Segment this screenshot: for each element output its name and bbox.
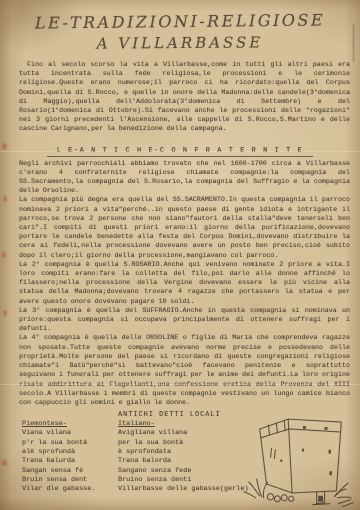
italiano-cell: Bruino senza denti xyxy=(118,476,360,485)
italiano-cell: Sangano senza fede xyxy=(118,467,360,476)
ink-stain xyxy=(3,196,7,202)
piemontese-cell: alè sprofundà xyxy=(22,448,118,457)
paragraph-sacramento: La compagnia più degna era quella del SS… xyxy=(19,196,350,260)
document-title-line2: A VILLARBASSE xyxy=(0,33,360,54)
piemontese-cell: Trana balurda xyxy=(22,457,118,466)
ink-stain xyxy=(3,310,7,316)
dialect-header-row: Piemontese- Italiano- xyxy=(22,420,360,429)
ink-stain xyxy=(2,460,7,466)
dialect-row: alè sprofundà è sprofondata xyxy=(22,448,360,457)
section-header-detti: ANTICHI DETTI LOCALI xyxy=(118,411,360,419)
dialect-row: Bruin sensa dent Bruino senza denti xyxy=(22,476,360,485)
ink-stain xyxy=(2,252,6,258)
paragraph-rosario: La 2° compagnia è quella S.ROSARIO.Anche… xyxy=(19,261,350,307)
italiano-cell: per la sua bontà xyxy=(118,439,360,448)
dialect-row: p'r la sua bontà per la sua bontà xyxy=(22,439,360,448)
paper-crease xyxy=(0,384,360,385)
column-header-italiano: Italiano- xyxy=(118,420,360,429)
paragraph-archivi: Negli archivi parrocchiali abbiamo trova… xyxy=(19,160,350,197)
paragraph-suffragio: La 3° compagnia è quella del SUFFRAGIO.A… xyxy=(19,307,350,335)
italiano-cell: Villarbasse delle gabasse(gerle) xyxy=(118,485,360,494)
piemontese-cell: Bruin sensa dent xyxy=(22,476,118,485)
column-header-piemontese: Piemontese- xyxy=(22,420,118,429)
section-confraternite: L E-A N T I C H E-C O N F R A T E R N I … xyxy=(0,139,360,157)
italiano-cell: Avigliana villana xyxy=(118,429,360,438)
paper-crease xyxy=(0,151,360,152)
paragraph-orsoline: La 4° compagnia è quella delle ORSOLINE … xyxy=(19,334,350,408)
intro-paragraph: Fino al secolo scorso la vita a Villarba… xyxy=(19,61,350,135)
dialect-row: Vilar dle gabasse. Villarbasse delle gab… xyxy=(22,485,360,494)
ink-stain xyxy=(2,143,7,150)
italiano-cell: è sprofondata xyxy=(118,448,360,457)
dialect-table: Piemontese- Italiano- Viana vilana Avigl… xyxy=(22,420,360,494)
dialect-row: Sangan sensa fè Sangano senza fede xyxy=(22,467,360,476)
italiano-cell: Trana balorda xyxy=(118,457,360,466)
piemontese-cell: Viana vilana xyxy=(22,429,118,438)
dialect-row: Viana vilana Avigliana villana xyxy=(22,429,360,438)
scanned-document-page: LE-TRADIZIONI-RELIGIOSE A VILLARBASSE Fi… xyxy=(0,0,360,510)
piemontese-cell: p'r la sua bontà xyxy=(22,439,118,448)
dialect-row: Trana balurda Trana balorda xyxy=(22,457,360,466)
piemontese-cell: Vilar dle gabasse. xyxy=(22,485,118,494)
piemontese-cell: Sangan sensa fè xyxy=(22,467,118,476)
document-title-line1: LE-TRADIZIONI-RELIGIOSE xyxy=(0,0,360,33)
